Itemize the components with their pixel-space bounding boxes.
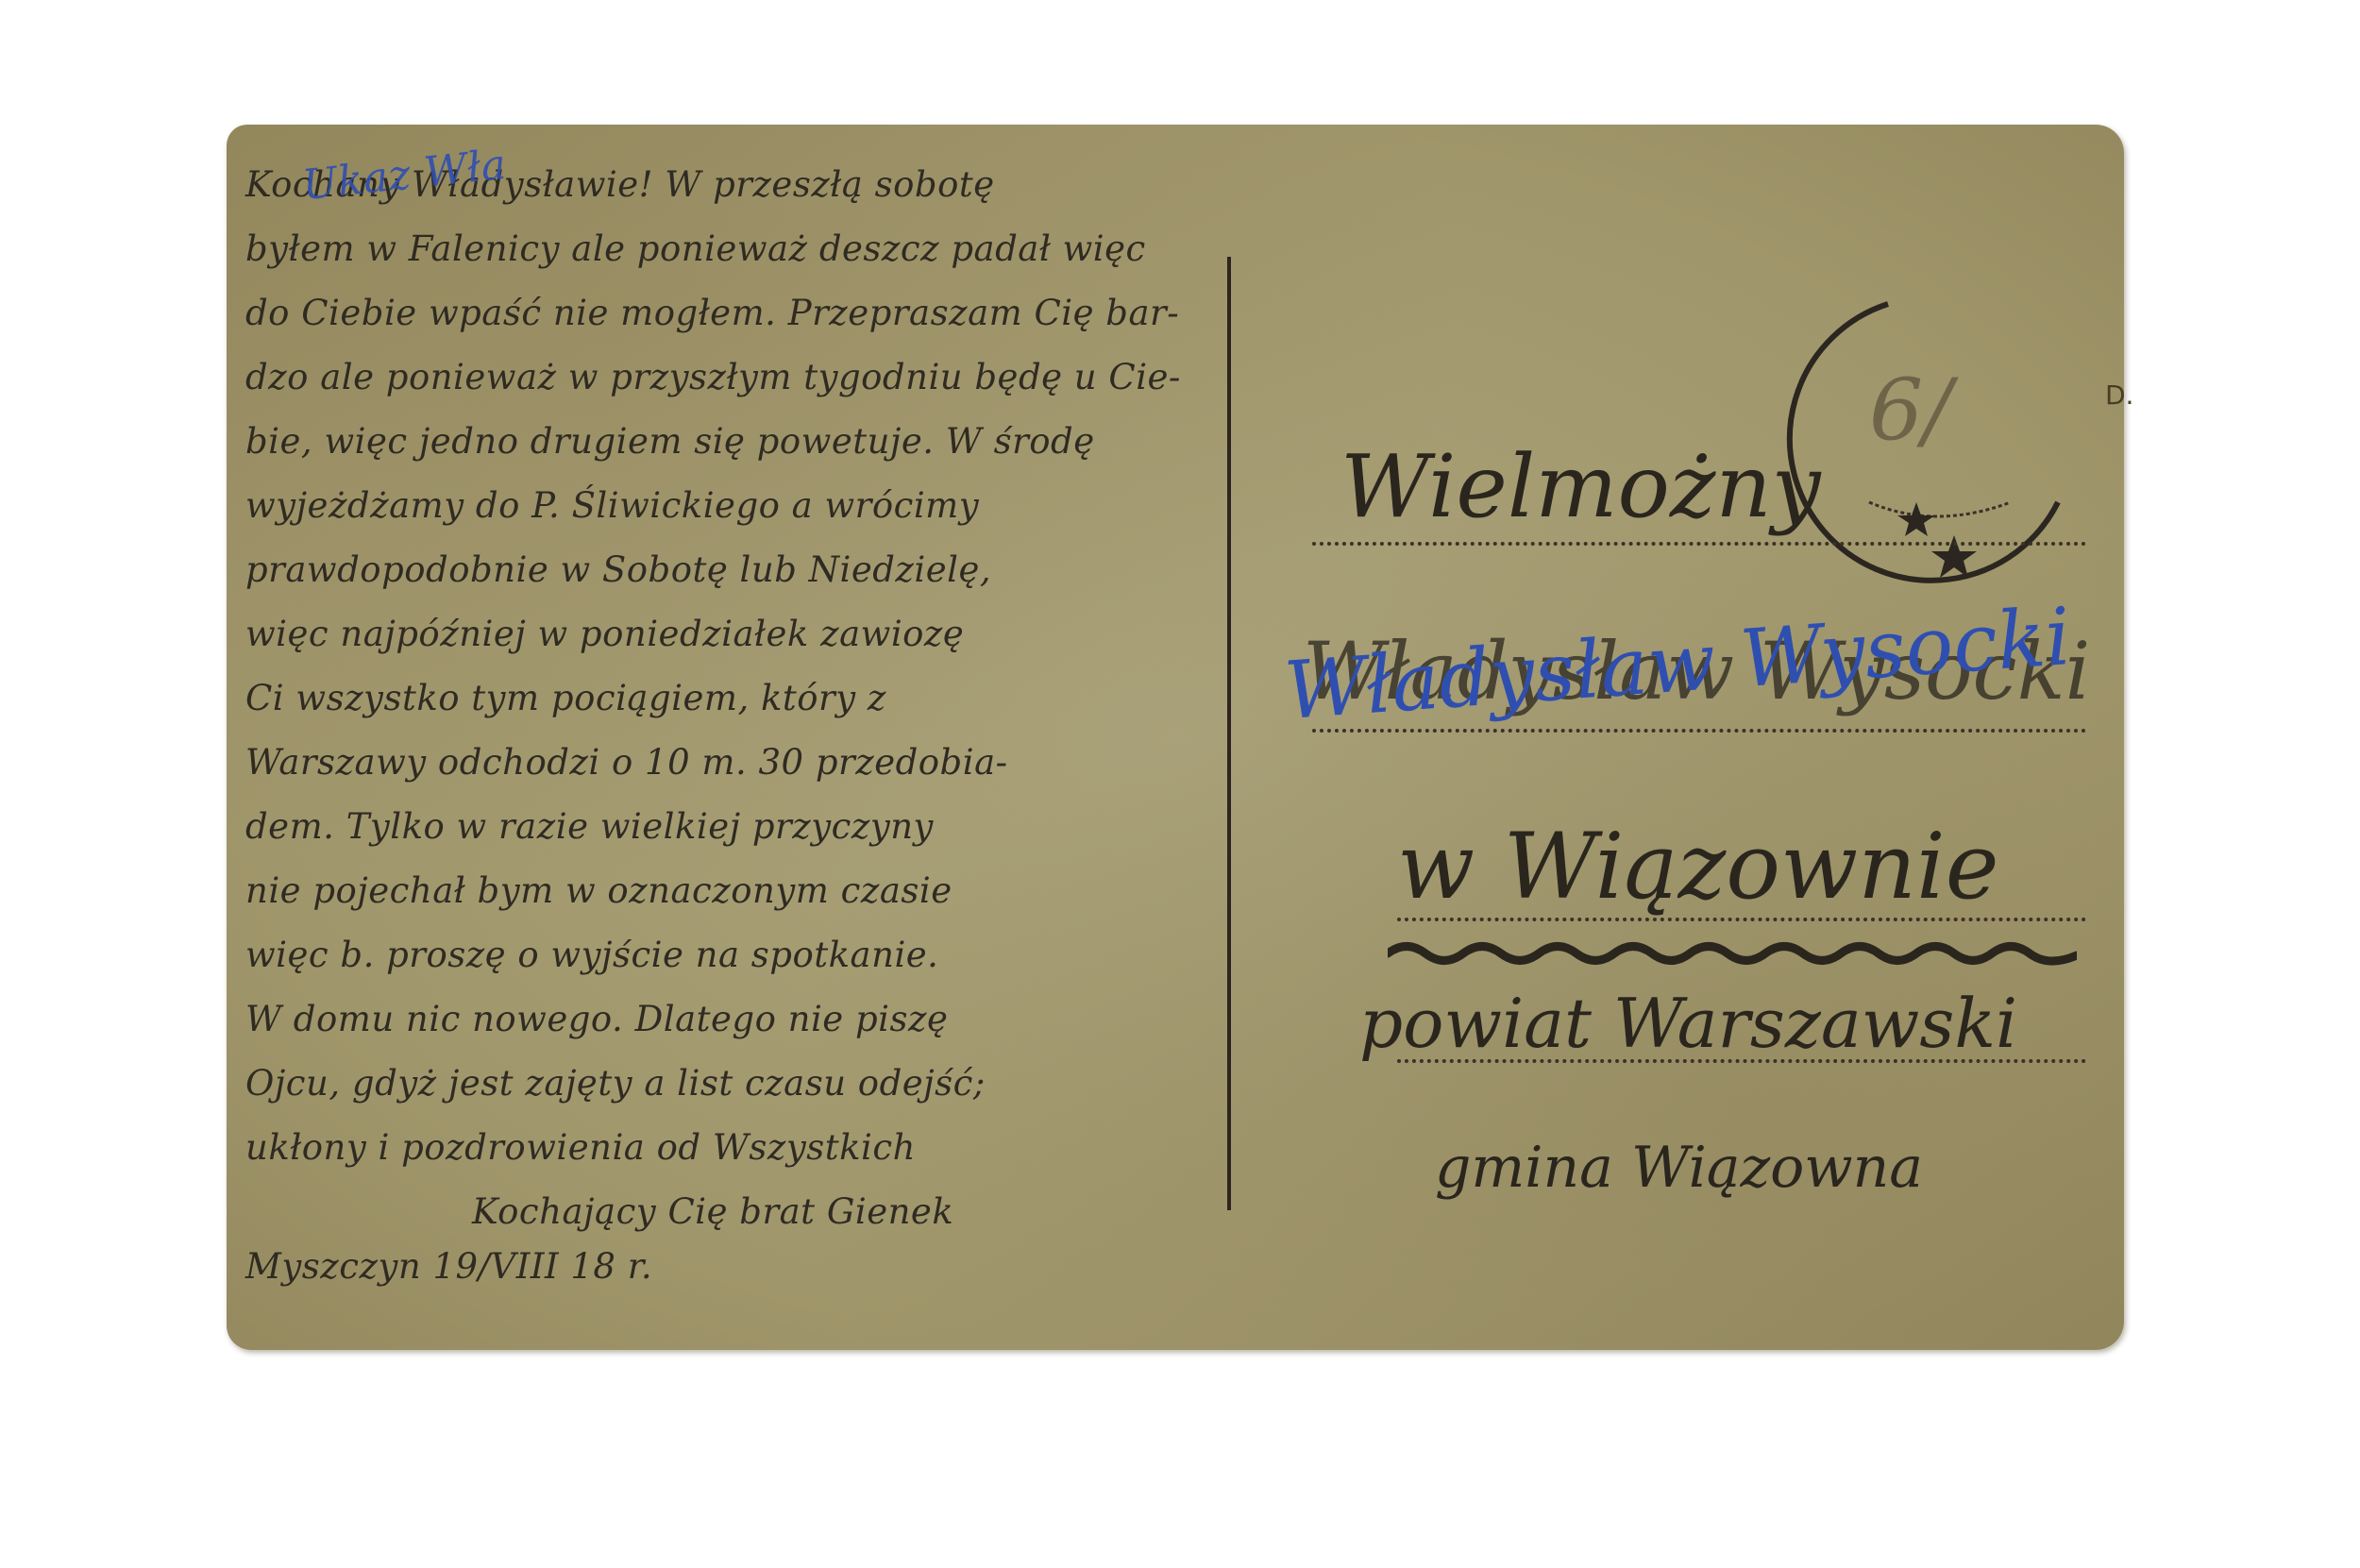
postmark-number: 6/: [1869, 361, 1952, 460]
message-line: byłem w Falenicy ale ponieważ deszcz pad…: [245, 217, 1227, 281]
message-line: Ojcu, gdyż jest zajęty a list czasu odej…: [245, 1052, 1227, 1116]
message-line: ukłony i pozdrowienia od Wszystkich: [245, 1116, 1227, 1180]
message-line: bie, więc jedno drugiem się powetuje. W …: [245, 410, 1227, 474]
message-line: Warszawy odchodzi o 10 m. 30 przedobia-: [245, 731, 1227, 795]
postmark-corner-mark: D.: [2105, 379, 2133, 411]
address-dotted-rule: [1397, 1059, 2086, 1063]
message-line: Kochany Władysławie! W przeszłą sobotę U…: [245, 153, 1227, 217]
message-line: więc b. proszę o wyjście na spotkanie.: [245, 923, 1227, 987]
message-line: nie pojechał bym w oznaczonym czasie: [245, 859, 1227, 923]
message-line: dem. Tylko w razie wielkiej przyczyny: [245, 795, 1227, 859]
message-line: W domu nic nowego. Dlatego nie piszę: [245, 987, 1227, 1052]
message-line: wyjeżdżamy do P. Śliwickiego a wrócimy: [245, 474, 1227, 538]
message-area: Kochany Władysławie! W przeszłą sobotę U…: [245, 153, 1227, 1299]
address-dotted-rule: [1312, 729, 2086, 733]
postcard: Kochany Władysławie! W przeszłą sobotę U…: [227, 125, 2124, 1350]
message-line: dzo ale ponieważ w przyszłym tygodniu bę…: [245, 346, 1227, 410]
place-date: Myszczyn 19/VIII 18 r.: [245, 1235, 1227, 1299]
message-line: do Ciebie wpaść nie mogłem. Przepraszam …: [245, 281, 1227, 346]
message-line: Ci wszystko tym pociągiem, który z: [245, 666, 1227, 731]
divider-line: [1227, 257, 1231, 1210]
address-town: w Wiązownie: [1397, 814, 1999, 919]
wavy-underline-icon: [1388, 935, 2077, 972]
message-line: więc najpóźniej w poniedziałek zawiozę: [245, 602, 1227, 666]
blue-pen-overwrite: Ukaz Wła: [299, 133, 510, 218]
address-dotted-rule: [1397, 918, 2086, 921]
address-county: powiat Warszawski: [1359, 984, 2017, 1063]
message-line: prawdopodobnie w Sobotę lub Niedzielę,: [245, 538, 1227, 602]
address-dotted-rule: [1312, 542, 2086, 546]
address-commune: gmina Wiązowna: [1435, 1135, 1923, 1201]
address-salutation: Wielmożny: [1340, 436, 1821, 537]
